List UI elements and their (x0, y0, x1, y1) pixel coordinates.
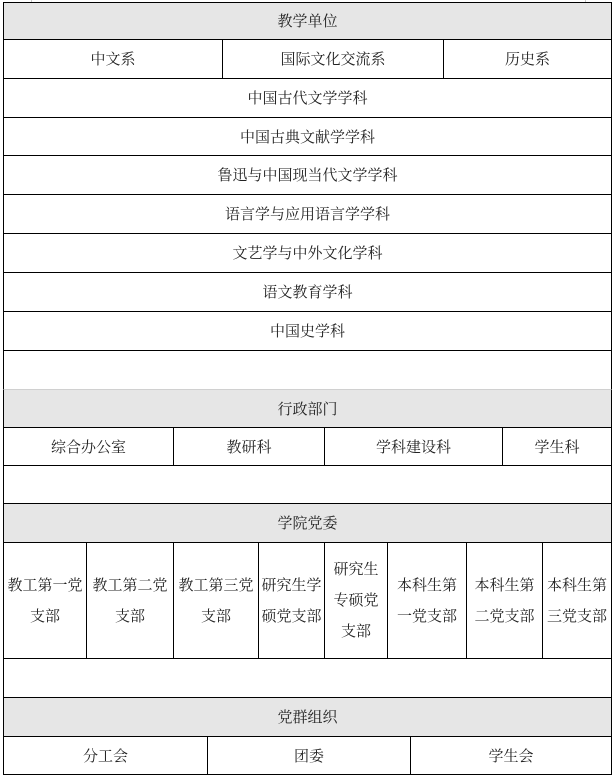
org-structure-table: 教学单位 中文系 国际文化交流系 历史系 中国古代文学学科 中国古典文献学学科 … (3, 2, 612, 775)
admin-unit-cell: 学科建设科 (325, 428, 503, 465)
discipline-row: 语文教育学科 (3, 273, 612, 312)
discipline-cell: 中国史学科 (4, 312, 611, 350)
party-branches-row: 教工第一党支部 教工第二党支部 教工第三党支部 研究生学硕党支部 研究生专硕党支… (3, 543, 612, 659)
party-branch-cell: 教工第一党支部 (4, 543, 87, 658)
discipline-row: 中国史学科 (3, 312, 612, 351)
mass-org-row: 分工会 团委 学生会 (3, 737, 612, 775)
party-branch-cell: 教工第二党支部 (87, 543, 174, 658)
party-branch-cell: 研究生学硕党支部 (259, 543, 325, 658)
mass-org-cell: 团委 (208, 737, 411, 774)
admin-unit-cell: 教研科 (174, 428, 325, 465)
party-branch-cell: 本科生第二党支部 (467, 543, 543, 658)
department-cell: 历史系 (444, 40, 611, 78)
discipline-row: 中国古典文献学学科 (3, 118, 612, 156)
mass-org-cell: 学生会 (411, 737, 611, 774)
section-title: 学院党委 (4, 504, 611, 542)
discipline-row: 语言学与应用语言学学科 (3, 195, 612, 234)
section-header-admin: 行政部门 (3, 389, 612, 428)
section-title: 行政部门 (4, 390, 611, 427)
discipline-cell: 鲁迅与中国现当代文学学科 (4, 156, 611, 194)
section-header-teaching: 教学单位 (3, 2, 612, 40)
discipline-cell: 语文教育学科 (4, 273, 611, 311)
discipline-cell: 中国古典文献学学科 (4, 118, 611, 155)
section-title: 教学单位 (4, 3, 611, 39)
admin-unit-cell: 综合办公室 (4, 428, 174, 465)
discipline-cell: 语言学与应用语言学学科 (4, 195, 611, 233)
section-header-party: 学院党委 (3, 504, 612, 543)
spacer-row (3, 466, 612, 504)
department-cell: 中文系 (4, 40, 223, 78)
section-title: 党群组织 (4, 698, 611, 736)
discipline-row: 中国古代文学学科 (3, 79, 612, 118)
party-branch-cell: 本科生第三党支部 (543, 543, 611, 658)
admin-units-row: 综合办公室 教研科 学科建设科 学生科 (3, 428, 612, 466)
discipline-row: 鲁迅与中国现当代文学学科 (3, 156, 612, 195)
spacer-row (3, 659, 612, 697)
departments-row: 中文系 国际文化交流系 历史系 (3, 40, 612, 79)
department-cell: 国际文化交流系 (223, 40, 444, 78)
party-branch-cell: 本科生第一党支部 (388, 543, 467, 658)
admin-unit-cell: 学生科 (503, 428, 611, 465)
discipline-cell: 文艺学与中外文化学科 (4, 234, 611, 272)
mass-org-cell: 分工会 (4, 737, 208, 774)
discipline-row: 文艺学与中外文化学科 (3, 234, 612, 273)
discipline-cell: 中国古代文学学科 (4, 79, 611, 117)
party-branch-cell: 教工第三党支部 (174, 543, 259, 658)
section-header-mass: 党群组织 (3, 697, 612, 737)
spacer-row (3, 351, 612, 389)
party-branch-cell: 研究生专硕党支部 (325, 543, 388, 658)
